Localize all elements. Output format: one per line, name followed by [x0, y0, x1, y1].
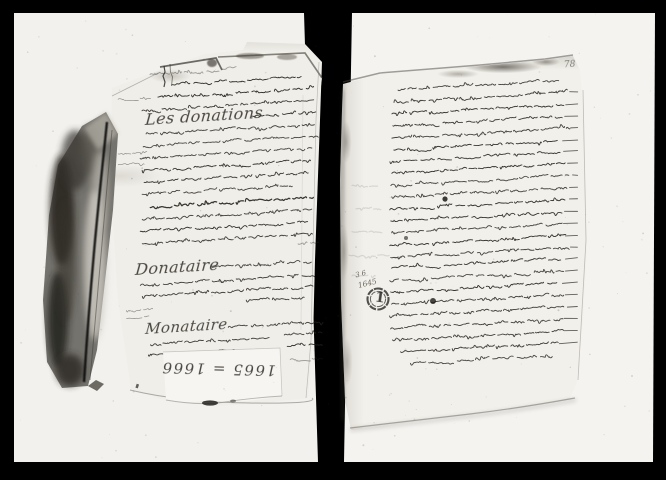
- right-page-handwriting: [377, 76, 593, 367]
- scanned-document: Les donations Donataire Monataire 1665 =…: [0, 0, 666, 480]
- page-number: 78: [564, 60, 576, 71]
- vellum-binding-strip: [43, 112, 118, 391]
- under-fragment-handwriting: [284, 330, 323, 362]
- manuscript-artwork: [0, 0, 666, 480]
- ink-blots: [404, 196, 448, 304]
- year-annotation-upside-down: 1665 = 1666: [166, 359, 276, 380]
